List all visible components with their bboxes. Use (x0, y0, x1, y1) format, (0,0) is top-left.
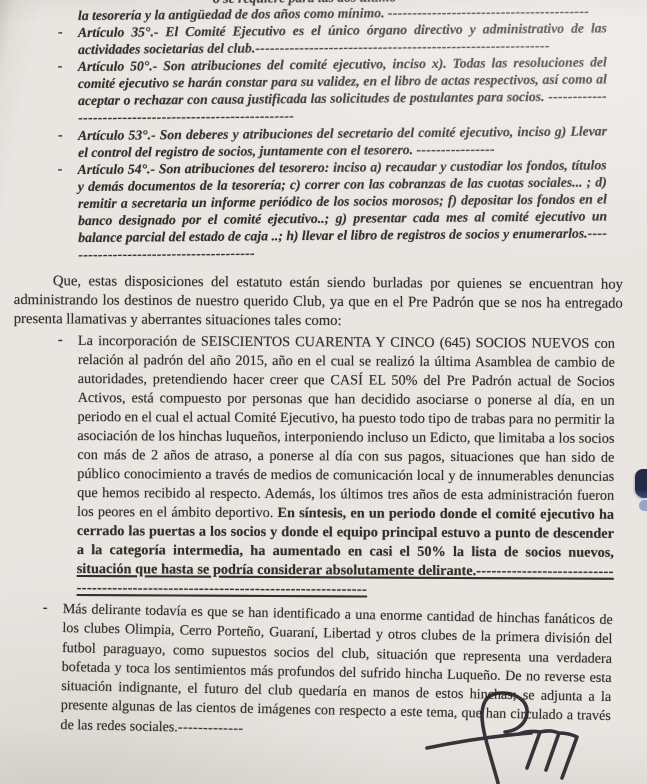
dash-filler: ----------------------------------------… (388, 4, 589, 21)
dash-filler: ------------- (178, 719, 244, 736)
dash-filler: ---------------- (416, 141, 495, 157)
dash-filler: ----------------------------------------… (255, 38, 550, 56)
bullet-socios-nuevos: -La incorporación de SEISCIENTOS CUARENT… (77, 332, 615, 601)
text-run: situación que hasta se podría considerar… (77, 561, 477, 579)
text-paragraph: Artículo 35°.- El Comité Ejecutivo es el… (78, 20, 607, 59)
bullet-hinchas-otros-clubes: -Más delirante todavía es que se han ide… (60, 600, 613, 746)
text-paragraph: Más delirante todavía es que se han iden… (60, 600, 613, 746)
text-run: La incorporación de SEISCIENTOS CUARENTA… (77, 333, 615, 521)
text-run: la tesorería y la antigüedad de dos años… (78, 5, 388, 23)
list-dash-bullet: - (58, 126, 63, 143)
text-paragraph: Artículo 53°.- Son deberes y atribucione… (78, 122, 607, 161)
text-paragraph: La incorporación de SEISCIENTOS CUARENTA… (77, 332, 615, 601)
text-run: Artículo 53°.- Son deberes y atribucione… (78, 123, 607, 160)
document-text: o se requiere para las dos último ------… (0, 0, 647, 735)
text-run: Artículo 50°.- Son atribuciones del comi… (78, 55, 607, 109)
intro-paragraph: Que, estas disposiciones del estatuto es… (14, 272, 623, 332)
list-dash-bullet: - (58, 160, 63, 177)
text-paragraph: Artículo 54°.- Son atribuciones del teso… (78, 156, 608, 263)
list-dash-bullet: - (58, 58, 63, 75)
article-35-item: -Artículo 35°.- El Comité Ejecutivo es e… (78, 20, 607, 59)
article-50-item: -Artículo 50°.- Son atribuciones del com… (78, 54, 608, 127)
article-53-item: -Artículo 53°.- Son deberes y atribucion… (78, 122, 607, 161)
list-dash-bullet: - (58, 23, 63, 40)
blue-ink-mark (635, 469, 647, 498)
list-dash-bullet: - (43, 599, 48, 618)
text-run: Más delirante todavía es que se han iden… (60, 601, 613, 735)
text-paragraph: Que, estas disposiciones del estatuto es… (14, 272, 623, 332)
list-dash-bullet: - (58, 331, 63, 350)
text-paragraph: Artículo 50°.- Son atribuciones del comi… (78, 54, 608, 127)
article-54-item: -Artículo 54°.- Son atribuciones del tes… (78, 156, 608, 263)
text-run: Artículo 54°.- Son atribuciones del teso… (78, 157, 608, 245)
text-run: Que, estas disposiciones del estatuto es… (14, 273, 623, 329)
scanned-document-page: o se requiere para las dos último ------… (0, 0, 647, 784)
